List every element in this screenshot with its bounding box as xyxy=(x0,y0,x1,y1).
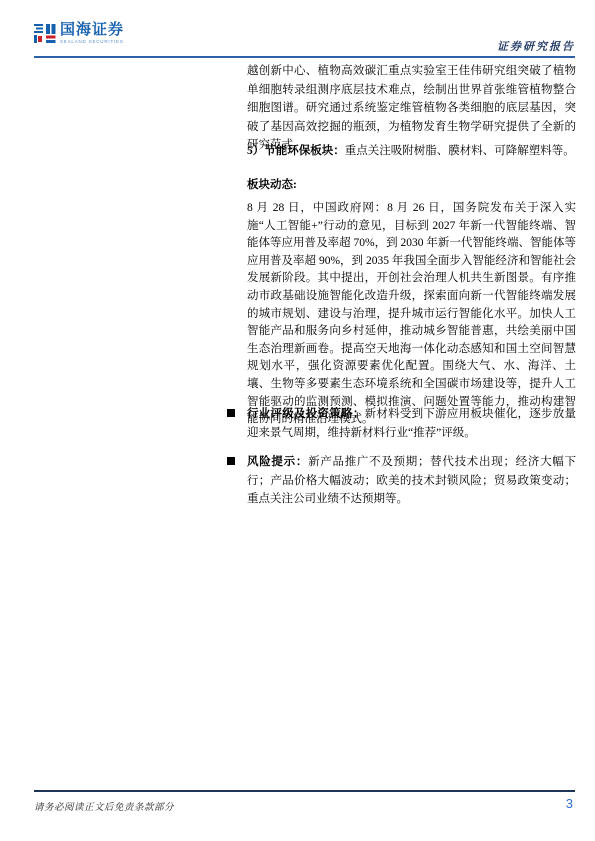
report-type-label: 证券研究报告 xyxy=(497,38,575,54)
risk-warning-label: 风险提示： xyxy=(247,456,308,468)
company-name-en: SEALAND SECURITIES xyxy=(60,40,124,45)
header-rule xyxy=(34,56,575,58)
footer-disclaimer: 请务必阅读正文后免责条款部分 xyxy=(34,799,174,813)
bullet-square-icon xyxy=(227,457,235,465)
footer-rule xyxy=(34,790,575,792)
industry-rating-label: 行业评级及投资策略： xyxy=(247,408,365,420)
company-logo: 国海证券 SEALAND SECURITIES xyxy=(34,22,124,46)
section-energy-saving: 5）节能环保板块：重点关注吸附树脂、膜材料、可降解塑料等。 xyxy=(247,142,576,161)
sector-dynamics-heading: 板块动态: xyxy=(247,176,576,195)
sector-dynamics-paragraph: 8 月 28 日，中国政府网：8 月 26 日，国务院发布关于深入实施“人工智能… xyxy=(247,200,576,429)
sealand-logo-icon xyxy=(34,22,56,46)
section-energy-saving-label: 5）节能环保板块： xyxy=(247,145,345,157)
logo-text: 国海证券 SEALAND SECURITIES xyxy=(60,22,124,45)
bullet-industry-rating: 行业评级及投资策略：新材料受到下游应用板块催化，逐步放量迎来景气周期，维持新材料… xyxy=(227,405,576,442)
bullet-risk-warning: 风险提示：新产品推广不及预期；替代技术出现；经济大幅下行；产品价格大幅波动；欧美… xyxy=(227,453,576,509)
bullet-industry-rating-text: 行业评级及投资策略：新材料受到下游应用板块催化，逐步放量迎来景气周期，维持新材料… xyxy=(247,405,576,442)
bullet-square-icon xyxy=(227,409,235,417)
section-energy-saving-text: 重点关注吸附树脂、膜材料、可降解塑料等。 xyxy=(345,145,575,157)
report-page: 国海证券 SEALAND SECURITIES 证券研究报告 越创新中心、植物高… xyxy=(0,0,595,841)
bullet-risk-warning-text: 风险提示：新产品推广不及预期；替代技术出现；经济大幅下行；产品价格大幅波动；欧美… xyxy=(247,453,576,509)
company-name-cn: 国海证券 xyxy=(60,22,124,38)
page-number: 3 xyxy=(566,796,573,811)
